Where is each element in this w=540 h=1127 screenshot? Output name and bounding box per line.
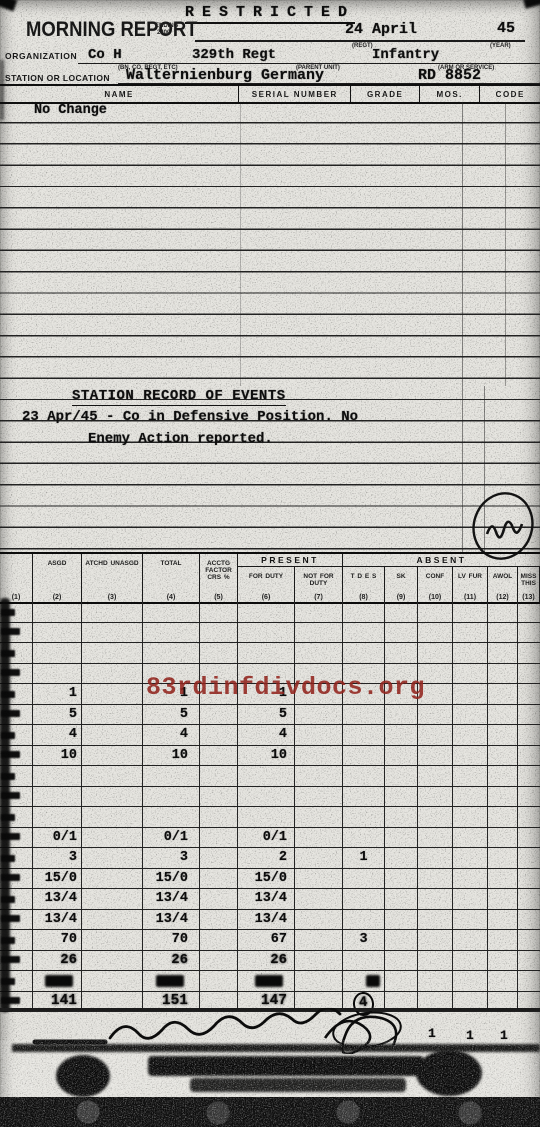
events-heading: STATION RECORD OF EVENTS [72, 388, 286, 406]
strength-cell [295, 643, 343, 663]
strength-cell [418, 746, 453, 766]
stamp-block-2 [190, 1078, 406, 1092]
strength-cell [238, 766, 295, 786]
strength-row: 3321 [0, 848, 540, 869]
strength-cell [385, 889, 418, 909]
ruled-vertical-1 [240, 102, 241, 386]
strength-cell [385, 602, 418, 622]
strength-cell [143, 971, 200, 991]
strength-cell [343, 643, 385, 663]
strength-row [0, 623, 540, 644]
strength-cell [343, 869, 385, 889]
strength-row: 101010 [0, 746, 540, 767]
strength-cell [488, 828, 518, 848]
strength-cell: 3 [33, 848, 82, 868]
strength-cell: 26 [143, 951, 200, 971]
strength-cell [33, 766, 82, 786]
strength-cell [385, 643, 418, 663]
strength-cell [453, 787, 488, 807]
strength-cell [418, 705, 453, 725]
strength-cell [200, 787, 238, 807]
strength-cell: 15/0 [143, 869, 200, 889]
organization-label: ORGANIZATION [5, 51, 77, 61]
strength-cell [82, 869, 143, 889]
strength-cell [343, 787, 385, 807]
strength-row [0, 971, 540, 992]
strength-cell [488, 602, 518, 622]
strength-cell [453, 766, 488, 786]
strength-cell [418, 889, 453, 909]
strength-cell [82, 889, 143, 909]
strength-cell [143, 766, 200, 786]
report-year: 45 [497, 20, 515, 37]
strength-cell [33, 971, 82, 991]
strength-row: 0/10/10/1 [0, 828, 540, 849]
strength-cell [518, 930, 540, 950]
strength-cell [488, 971, 518, 991]
strength-cell [453, 684, 488, 704]
strength-row: 555 [0, 705, 540, 726]
strength-cell [82, 807, 143, 827]
strength-cell [385, 869, 418, 889]
strength-cell [295, 869, 343, 889]
strength-cell [418, 623, 453, 643]
col-serial-number: SERIAL NUMBER [239, 86, 351, 102]
strength-header-col-11: LV FUR(11) [453, 567, 488, 602]
strength-row [0, 643, 540, 664]
strength-table-header: (1)ASGD(2)ATCHD UNASGD(3)TOTAL(4)ACCTG F… [0, 554, 540, 604]
strength-cell [453, 910, 488, 930]
strength-header-col-6: FOR DUTY(6) [238, 567, 295, 602]
strength-cell [453, 643, 488, 663]
strength-cell [82, 930, 143, 950]
strength-cell [518, 705, 540, 725]
strength-cell [453, 930, 488, 950]
strength-cell [518, 746, 540, 766]
strength-cell: 13/4 [238, 910, 295, 930]
strength-cell: 5 [238, 705, 295, 725]
strength-cell [518, 766, 540, 786]
strength-cell [82, 705, 143, 725]
strength-cell [295, 602, 343, 622]
name-table-header: NAME SERIAL NUMBER GRADE MOS. CODE [0, 84, 540, 104]
form-title: MORNING REPORT [26, 18, 197, 42]
strength-cell: 13/4 [143, 910, 200, 930]
strength-cell [385, 623, 418, 643]
strength-cell [418, 910, 453, 930]
punch-hole-band [0, 1097, 540, 1127]
present-group-header: PRESENT [238, 554, 343, 567]
strength-cell [385, 828, 418, 848]
strength-cell [385, 971, 418, 991]
strength-cell [343, 910, 385, 930]
strength-cell: 0/1 [33, 828, 82, 848]
strength-cell [518, 889, 540, 909]
year-label: (YEAR) [490, 43, 511, 49]
col-grade: GRADE [351, 86, 420, 102]
strength-cell [295, 951, 343, 971]
strength-header-col-5: ACCTG FACTOR CRS %(5) [200, 554, 238, 602]
strength-cell [33, 787, 82, 807]
strength-cell [200, 828, 238, 848]
strength-cell [343, 746, 385, 766]
restricted-label: RESTRICTED [185, 4, 355, 24]
strength-cell [82, 664, 143, 684]
strength-cell [518, 643, 540, 663]
strength-cell [453, 746, 488, 766]
strength-cell [295, 725, 343, 745]
ruled-vertical-4 [505, 102, 506, 386]
stamp-block-1 [148, 1056, 424, 1076]
strength-cell [33, 623, 82, 643]
strength-cell [295, 766, 343, 786]
strength-cell [418, 828, 453, 848]
report-date: 24 April [345, 21, 417, 38]
absent-group-header: ABSENT [343, 554, 540, 567]
strength-cell [200, 951, 238, 971]
strength-cell [343, 725, 385, 745]
station-coordinate: RD 8852 [418, 67, 481, 84]
strength-cell [82, 951, 143, 971]
strength-row: 13/413/413/4 [0, 910, 540, 931]
strength-cell [343, 889, 385, 909]
organization-regiment: 329th Regt [192, 47, 276, 63]
strength-cell: 0/1 [238, 828, 295, 848]
strength-cell: 2 [238, 848, 295, 868]
strength-cell [200, 971, 238, 991]
footer-mark-1: 1 [428, 1026, 436, 1041]
strength-cell [343, 705, 385, 725]
strength-cell [82, 971, 143, 991]
strength-cell [200, 602, 238, 622]
date-rule [195, 40, 525, 42]
strength-cell [385, 787, 418, 807]
organization-branch: Infantry [372, 47, 439, 63]
strength-cell [295, 848, 343, 868]
strength-cell: 5 [33, 705, 82, 725]
strength-cell [385, 746, 418, 766]
strength-cell [418, 971, 453, 991]
strength-cell [385, 848, 418, 868]
strength-cell [143, 643, 200, 663]
strength-cell [200, 910, 238, 930]
morning-report-document: RESTRICTED MORNING REPORT ENDING 2400 24… [0, 0, 540, 1127]
strength-cell [200, 848, 238, 868]
strength-cell [295, 971, 343, 991]
strength-cell [488, 725, 518, 745]
strength-table-body: 1115554441010100/10/10/1332115/015/015/0… [0, 602, 540, 1012]
ending-label: ENDING [155, 23, 178, 29]
strength-row [0, 807, 540, 828]
strength-cell [143, 623, 200, 643]
strength-cell [295, 746, 343, 766]
strength-cell [385, 807, 418, 827]
strength-cell: 3 [143, 848, 200, 868]
strength-cell [453, 848, 488, 868]
strength-cell [33, 602, 82, 622]
strength-row [0, 787, 540, 808]
strength-cell [418, 602, 453, 622]
stamp-blob-right [416, 1050, 482, 1096]
strength-cell [488, 766, 518, 786]
watermark: 83rdinfdivdocs.org [146, 673, 425, 702]
strength-cell [82, 828, 143, 848]
strength-cell [82, 602, 143, 622]
strength-cell [143, 602, 200, 622]
strength-cell [343, 828, 385, 848]
strength-cell [295, 889, 343, 909]
strength-cell [295, 930, 343, 950]
strength-cell [200, 930, 238, 950]
strength-cell [238, 602, 295, 622]
corner-nick-right [523, 0, 540, 9]
strength-cell: 10 [238, 746, 295, 766]
strength-cell [518, 664, 540, 684]
strength-cell [200, 869, 238, 889]
strength-cell [453, 664, 488, 684]
strength-cell [343, 971, 385, 991]
strength-cell [453, 725, 488, 745]
strength-table: (1)ASGD(2)ATCHD UNASGD(3)TOTAL(4)ACCTG F… [0, 552, 540, 1012]
strength-cell [295, 828, 343, 848]
strength-row: 7070673 [0, 930, 540, 951]
strength-cell [488, 664, 518, 684]
strength-cell: 4 [33, 725, 82, 745]
strength-cell [200, 889, 238, 909]
strength-cell [518, 869, 540, 889]
strength-cell [518, 725, 540, 745]
strength-cell [418, 930, 453, 950]
strength-cell [238, 643, 295, 663]
strength-cell [488, 807, 518, 827]
strength-cell [453, 807, 488, 827]
strength-cell [82, 725, 143, 745]
strength-cell [518, 828, 540, 848]
strength-cell: 5 [143, 705, 200, 725]
strength-cell [343, 807, 385, 827]
strength-cell [385, 951, 418, 971]
strength-cell [343, 623, 385, 643]
strength-cell: 1 [33, 684, 82, 704]
strength-cell [385, 766, 418, 786]
strength-row: 444 [0, 725, 540, 746]
strength-cell [453, 623, 488, 643]
strength-cell [418, 807, 453, 827]
strength-header-col-8: T D E S(8) [343, 567, 385, 602]
left-edge-smudge [0, 598, 10, 1012]
strength-cell [518, 951, 540, 971]
strength-cell [488, 787, 518, 807]
strength-cell [82, 766, 143, 786]
strength-cell [238, 807, 295, 827]
footer-mark-2: 1 [466, 1028, 474, 1043]
strength-cell [518, 684, 540, 704]
strength-cell: 26 [33, 951, 82, 971]
strength-cell [488, 684, 518, 704]
strength-cell [488, 705, 518, 725]
strength-cell: 0/1 [143, 828, 200, 848]
strength-cell [453, 705, 488, 725]
left-edge-smudge-top [0, 60, 4, 120]
strength-header-col-1: (1) [0, 554, 33, 602]
strength-cell [200, 643, 238, 663]
strength-cell: 70 [143, 930, 200, 950]
strength-cell [238, 623, 295, 643]
strength-cell: 3 [343, 930, 385, 950]
events-line-2: Enemy Action reported. [88, 431, 273, 447]
strength-cell [82, 787, 143, 807]
strength-cell [418, 848, 453, 868]
strength-cell: 15/0 [238, 869, 295, 889]
strength-cell [488, 930, 518, 950]
strength-cell: 67 [238, 930, 295, 950]
strength-cell [295, 623, 343, 643]
strength-cell [488, 623, 518, 643]
strength-cell [418, 869, 453, 889]
strength-header-col-10: CONF(10) [418, 567, 453, 602]
strength-cell [385, 725, 418, 745]
strength-header-col-12: AWOL(12) [488, 567, 518, 602]
strength-cell [385, 705, 418, 725]
strength-cell [82, 746, 143, 766]
footer-mark-3: 1 [500, 1028, 508, 1043]
stamp-blob-left [56, 1055, 110, 1097]
strength-cell [295, 910, 343, 930]
strength-cell [238, 787, 295, 807]
strength-cell [518, 623, 540, 643]
strength-row: 13/413/413/4 [0, 889, 540, 910]
strength-cell [453, 869, 488, 889]
strength-cell [453, 602, 488, 622]
strength-cell [143, 807, 200, 827]
strength-header-col-2: ASGD(2) [33, 554, 82, 602]
events-line-1: 23 Apr/45 - Co in Defensive Position. No [22, 409, 358, 425]
station-label: STATION OR LOCATION [5, 73, 110, 83]
corner-nick-left [0, 0, 17, 11]
station-value: Walternienburg Germany [126, 67, 324, 84]
strength-cell [33, 807, 82, 827]
strength-cell [82, 623, 143, 643]
strength-cell: 13/4 [238, 889, 295, 909]
strength-cell [33, 643, 82, 663]
strength-header-col-13: MISS THIS(13) [518, 567, 540, 602]
strength-cell [343, 951, 385, 971]
strength-cell [82, 684, 143, 704]
strength-cell [33, 664, 82, 684]
strength-header-col-4: TOTAL(4) [143, 554, 200, 602]
strength-cell [518, 971, 540, 991]
strength-cell: 26 [238, 951, 295, 971]
strength-cell [518, 848, 540, 868]
strength-cell [385, 930, 418, 950]
strength-cell [488, 889, 518, 909]
strength-header-col-3: ATCHD UNASGD(3) [82, 554, 143, 602]
strength-cell [385, 910, 418, 930]
name-entry: No Change [34, 103, 107, 118]
ending-value: 2400 [157, 30, 170, 36]
strength-cell: 10 [33, 746, 82, 766]
strength-cell [200, 623, 238, 643]
strength-cell: 4 [238, 725, 295, 745]
strength-cell [453, 828, 488, 848]
col-code: CODE [480, 86, 540, 102]
strength-cell: 1 [343, 848, 385, 868]
strength-cell [418, 951, 453, 971]
strength-cell [343, 766, 385, 786]
strength-row: 15/015/015/0 [0, 869, 540, 890]
strength-cell [488, 869, 518, 889]
strength-header-col-9: SK(9) [385, 567, 418, 602]
strength-header-col-7: NOT FOR DUTY(7) [295, 567, 343, 602]
strength-cell [488, 643, 518, 663]
regt-label: (REGT) [352, 43, 373, 49]
strength-cell [238, 971, 295, 991]
strength-cell: 15/0 [33, 869, 82, 889]
strength-cell [200, 725, 238, 745]
strength-cell [343, 602, 385, 622]
ruled-vertical-2 [462, 102, 463, 552]
strength-cell [488, 848, 518, 868]
strength-cell [488, 910, 518, 930]
strength-row: 262626 [0, 951, 540, 972]
strength-cell: 70 [33, 930, 82, 950]
col-mos: MOS. [420, 86, 481, 102]
strength-cell: 13/4 [33, 910, 82, 930]
strength-cell [200, 746, 238, 766]
ruled-lines-area [0, 102, 540, 552]
strength-cell [295, 705, 343, 725]
strength-cell [200, 807, 238, 827]
strength-cell [418, 643, 453, 663]
col-name: NAME [0, 86, 239, 102]
strength-cell: 13/4 [143, 889, 200, 909]
strength-cell: 10 [143, 746, 200, 766]
strength-cell [295, 807, 343, 827]
strength-row [0, 602, 540, 623]
organization-unit: Co H [88, 47, 122, 63]
strength-cell: 13/4 [33, 889, 82, 909]
strength-cell [453, 951, 488, 971]
strength-cell [518, 910, 540, 930]
circled-initials-scribble [455, 488, 540, 560]
strength-cell [488, 746, 518, 766]
strength-cell [82, 643, 143, 663]
strength-cell [82, 848, 143, 868]
strength-cell [453, 971, 488, 991]
strength-cell [488, 951, 518, 971]
strength-cell [418, 787, 453, 807]
strength-row [0, 766, 540, 787]
strength-cell [518, 787, 540, 807]
strength-cell [453, 889, 488, 909]
strength-cell [418, 725, 453, 745]
strength-cell [82, 910, 143, 930]
strength-cell: 4 [143, 725, 200, 745]
strength-cell [518, 602, 540, 622]
strength-cell [143, 787, 200, 807]
strength-cell [295, 787, 343, 807]
strength-cell [418, 766, 453, 786]
strength-cell [200, 705, 238, 725]
strength-cell [518, 807, 540, 827]
strength-cell [200, 766, 238, 786]
